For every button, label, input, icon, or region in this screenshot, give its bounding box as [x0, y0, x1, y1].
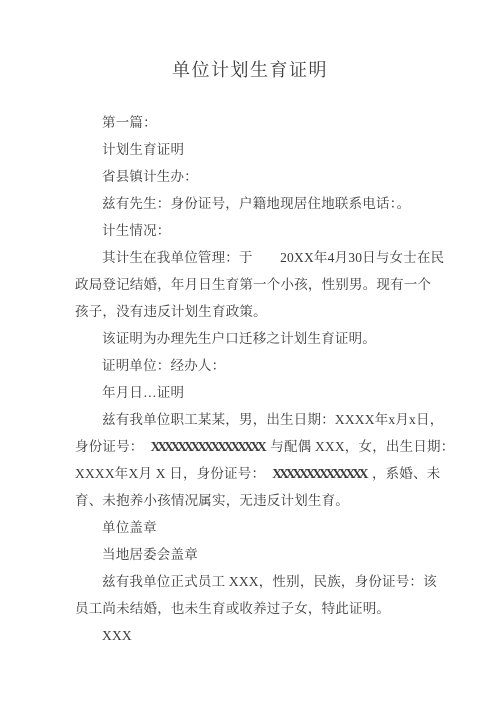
- line-text: 当地居委会盖章: [102, 547, 198, 562]
- line-text: 年月日…证明: [102, 385, 184, 400]
- document-line: 兹有先生：身份证号，户籍地现居住地联系电话：。: [75, 190, 440, 217]
- line-text: 计划生育证明: [102, 142, 184, 157]
- line-text: 与配偶 XXX，女，出生日期：: [267, 439, 455, 454]
- document-line: 省县镇计生办：: [75, 163, 440, 190]
- document-line: 其计生在我单位管理：于 20XX年4月30日与女士在民: [75, 244, 440, 271]
- document-line: 单位盖章: [75, 514, 440, 541]
- document-line: 年月日…证明: [75, 379, 440, 406]
- document-line: 员工尚未结婚，也未生育或收养过子女，特此证明。: [75, 595, 440, 622]
- masked-id-number: XXXXXXXXXXXXXX: [272, 466, 365, 481]
- document-line: 孩子，没有违反计划生育政策。: [75, 298, 440, 325]
- document-page: 单位计划生育证明 第一篇：计划生育证明省县镇计生办：兹有先生：身份证号，户籍地现…: [0, 0, 500, 708]
- document-line: XXXX年X月 X 日，身份证号： XXXXXXXXXXXXXX ，系婚、未: [75, 460, 440, 487]
- line-text: XXX: [102, 628, 132, 643]
- document-line: 证明单位：经办人：: [75, 352, 440, 379]
- document-title: 单位计划生育证明: [0, 56, 500, 82]
- line-text: 其计生在我单位管理：于 20XX年4月30日与女士在民: [102, 250, 444, 265]
- line-text: 孩子，没有违反计划生育政策。: [75, 304, 267, 319]
- document-line: 政局登记结婚，年月日生育第一个小孩，性别男。现有一个: [75, 271, 440, 298]
- line-text: 政局登记结婚，年月日生育第一个小孩，性别男。现有一个: [75, 277, 431, 292]
- line-text: 第一篇：: [102, 115, 157, 130]
- line-text: 兹有我单位职工某某，男，出生日期：XXXX年x月x日，: [102, 412, 443, 427]
- document-line: 兹有我单位职工某某，男，出生日期：XXXX年x月x日，: [75, 406, 440, 433]
- masked-id-number: XXXXXXXXXXXXXXXXX: [151, 439, 264, 454]
- document-line: XXX: [75, 622, 440, 649]
- line-text: 育、未抱养小孩情况属实，无违反计划生育。: [75, 493, 349, 508]
- document-line: 第一篇：: [75, 109, 440, 136]
- document-body: 第一篇：计划生育证明省县镇计生办：兹有先生：身份证号，户籍地现居住地联系电话：。…: [75, 109, 440, 649]
- document-line: 当地居委会盖章: [75, 541, 440, 568]
- line-text: 单位盖章: [102, 520, 157, 535]
- document-line: 身份证号： XXXXXXXXXXXXXXXXX 与配偶 XXX，女，出生日期：: [75, 433, 440, 460]
- line-text: 身份证号：: [75, 439, 151, 454]
- line-text: 兹有先生：身份证号，户籍地现居住地联系电话：。: [102, 196, 410, 211]
- line-text: 员工尚未结婚，也未生育或收养过子女，特此证明。: [75, 601, 390, 616]
- line-text: 省县镇计生办：: [102, 169, 198, 184]
- line-text: 该证明为办理先生户口迁移之计划生育证明。: [102, 331, 376, 346]
- document-line: 兹有我单位正式员工 XXX，性别，民族，身份证号：该: [75, 568, 440, 595]
- line-text: 计生情况：: [102, 223, 171, 238]
- line-text: ，系婚、未: [368, 466, 440, 481]
- document-line: 计生情况：: [75, 217, 440, 244]
- document-line: 该证明为办理先生户口迁移之计划生育证明。: [75, 325, 440, 352]
- line-text: 证明单位：经办人：: [102, 358, 225, 373]
- document-line: 计划生育证明: [75, 136, 440, 163]
- line-text: 兹有我单位正式员工 XXX，性别，民族，身份证号：该: [102, 574, 437, 589]
- line-text: XXXX年X月 X 日，身份证号：: [75, 466, 272, 481]
- document-line: 育、未抱养小孩情况属实，无违反计划生育。: [75, 487, 440, 514]
